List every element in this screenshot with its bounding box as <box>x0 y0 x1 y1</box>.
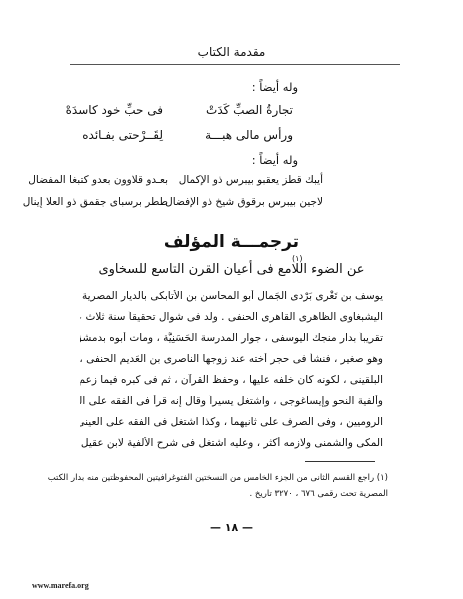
verse-hemistich-right: لاجين بيبرس برقوق شيخ ذو الإفضال <box>165 196 323 208</box>
verse-hemistich-left: فى حبِّ خود كاسدَهْ <box>66 103 163 117</box>
verse-hemistich-left: بعـدو قلاوون بعدو كتبغا المفضال <box>28 174 168 186</box>
footnote-text: (١) راجع القسم الثانى من الجزء الخامس من… <box>48 473 388 483</box>
verse-row: ورأس مالى هبـــة لِقَــرْحتى بفـائده <box>0 128 463 146</box>
body-text-line: اليشبغاوى الظاهرى القاهرى الحنفى . ولد ف… <box>80 311 383 323</box>
verse-hemistich-left: لِقَــرْحتى بفـائده <box>82 128 163 142</box>
source-attribution: عن الضوء اللامع فى أعيان القرن التاسع لل… <box>0 262 463 277</box>
body-text-line: المكى والشمنى ولازمه أكثر ، وعليه اشتغل … <box>80 437 383 449</box>
site-watermark: www.marefa.org <box>32 581 89 590</box>
body-text-line: الروميين ، وفى الصرف على ثانيهما ، وكذا … <box>80 416 383 428</box>
verse-row: تجارةُ الصبِّ كَدَتْ فى حبِّ خود كاسدَهْ <box>0 103 463 121</box>
body-text-line: وألفية النحو وإيساغوجى ، واشتغل يسيراً و… <box>80 395 383 407</box>
verse-row: لاجين بيبرس برقوق شيخ ذو الإفضال ططر برس… <box>0 196 463 214</box>
document-page: مقدمة الكتاب وله أيضاً : تجارةُ الصبِّ ك… <box>0 0 463 599</box>
body-text-line: البلقينى ، لكونه كان خلفه عليها ، وحفظ ا… <box>80 374 383 386</box>
section-title: ترجمـــة المؤلف <box>0 232 463 252</box>
verse-hemistich-right: ورأس مالى هبـــة <box>205 128 293 142</box>
poem-intro: وله أيضاً : <box>252 80 298 94</box>
body-text-line: يوسف بن تَغْرى بَرْدى الجَمال أبو المحاس… <box>80 290 383 302</box>
verse-row: أيبك قطز يعقبو بيبرس ذو الإكمال بعـدو قل… <box>0 174 463 192</box>
poem-intro: وله أيضاً : <box>252 153 298 167</box>
body-text-line: تقريباً بدار منجك اليوسفى ، جوار المدرسة… <box>80 332 383 344</box>
body-text-line: وهو صغير ، فنشأ فى حجر أخته عند زوجها ال… <box>80 353 383 365</box>
verse-hemistich-left: ططر برسباى جقمق ذو العلا إينال <box>23 196 168 208</box>
verse-hemistich-right: تجارةُ الصبِّ كَدَتْ <box>206 103 293 117</box>
page-number: — ١٨ — <box>0 521 463 534</box>
verse-hemistich-right: أيبك قطز يعقبو بيبرس ذو الإكمال <box>179 174 323 186</box>
running-header: مقدمة الكتاب <box>0 45 463 59</box>
footnote-text: المصرية تحت رقمى ٦٧٦ ، ٣٢٧٠ تاريخ . <box>250 489 388 499</box>
footnote-divider <box>305 461 375 462</box>
header-divider <box>70 64 400 65</box>
